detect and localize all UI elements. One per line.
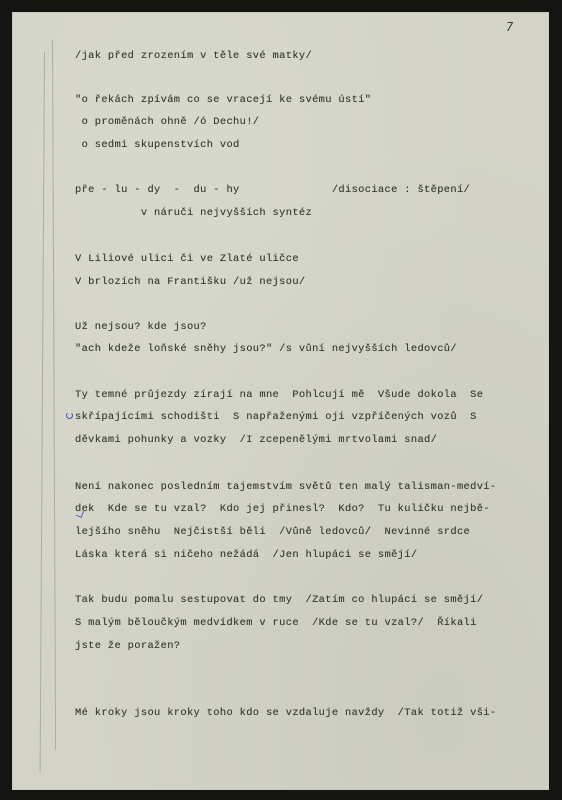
margin-pencil-line (40, 52, 45, 772)
text-line: S malým běloučkým medvídkem v ruce /Kde … (75, 616, 477, 630)
text-line: o proměnách ohně /ó Dechu!/ (75, 115, 259, 129)
text-line: V Liliové ulici či ve Zlaté uličce (75, 252, 299, 266)
margin-pencil-line (52, 40, 56, 750)
text-line: skřípajícími schodišti S napřaženými oji… (75, 410, 477, 424)
text-line: Láska která si ničeho nežádá /Jen hlupác… (75, 548, 417, 562)
blue-ink-correction-mark (66, 412, 73, 419)
text-line: Tak budu pomalu sestupovat do tmy /Zatím… (75, 593, 483, 607)
text-line: Ty temné průjezdy zírají na mne Pohlcují… (75, 388, 483, 402)
text-line: Už nejsou? kde jsou? (75, 320, 207, 334)
text-line: Mé kroky jsou kroky toho kdo se vzdaluje… (75, 706, 496, 720)
text-line: jste že poražen? (75, 639, 180, 653)
text-line: děvkami pohunky a vozky /I zcepenělými m… (75, 433, 437, 447)
text-line: "ach kdeže loňské sněhy jsou?" /s vůní n… (75, 342, 457, 356)
text-line: /jak před zrozením v těle své matky/ (75, 49, 312, 63)
page-number: 7 (506, 20, 513, 34)
text-line: o sedmi skupenstvích vod (75, 138, 240, 152)
text-line: lejšího sněhu Nejčistší běli /Vůně ledov… (75, 525, 470, 539)
text-line: "o řekách zpívám co se vracejí ke svému … (75, 93, 371, 107)
text-line: v náruči nejvyšších syntéz (75, 206, 312, 220)
text-line: dek Kde se tu vzal? Kdo jej přinesl? Kdo… (75, 502, 490, 516)
text-line: Není nakonec posledním tajemstvím světů … (75, 480, 496, 494)
text-line: V brlozích na Františku /už nejsou/ (75, 275, 306, 289)
text-line: pře - lu - dy - du - hy /disociace : ště… (75, 183, 470, 197)
